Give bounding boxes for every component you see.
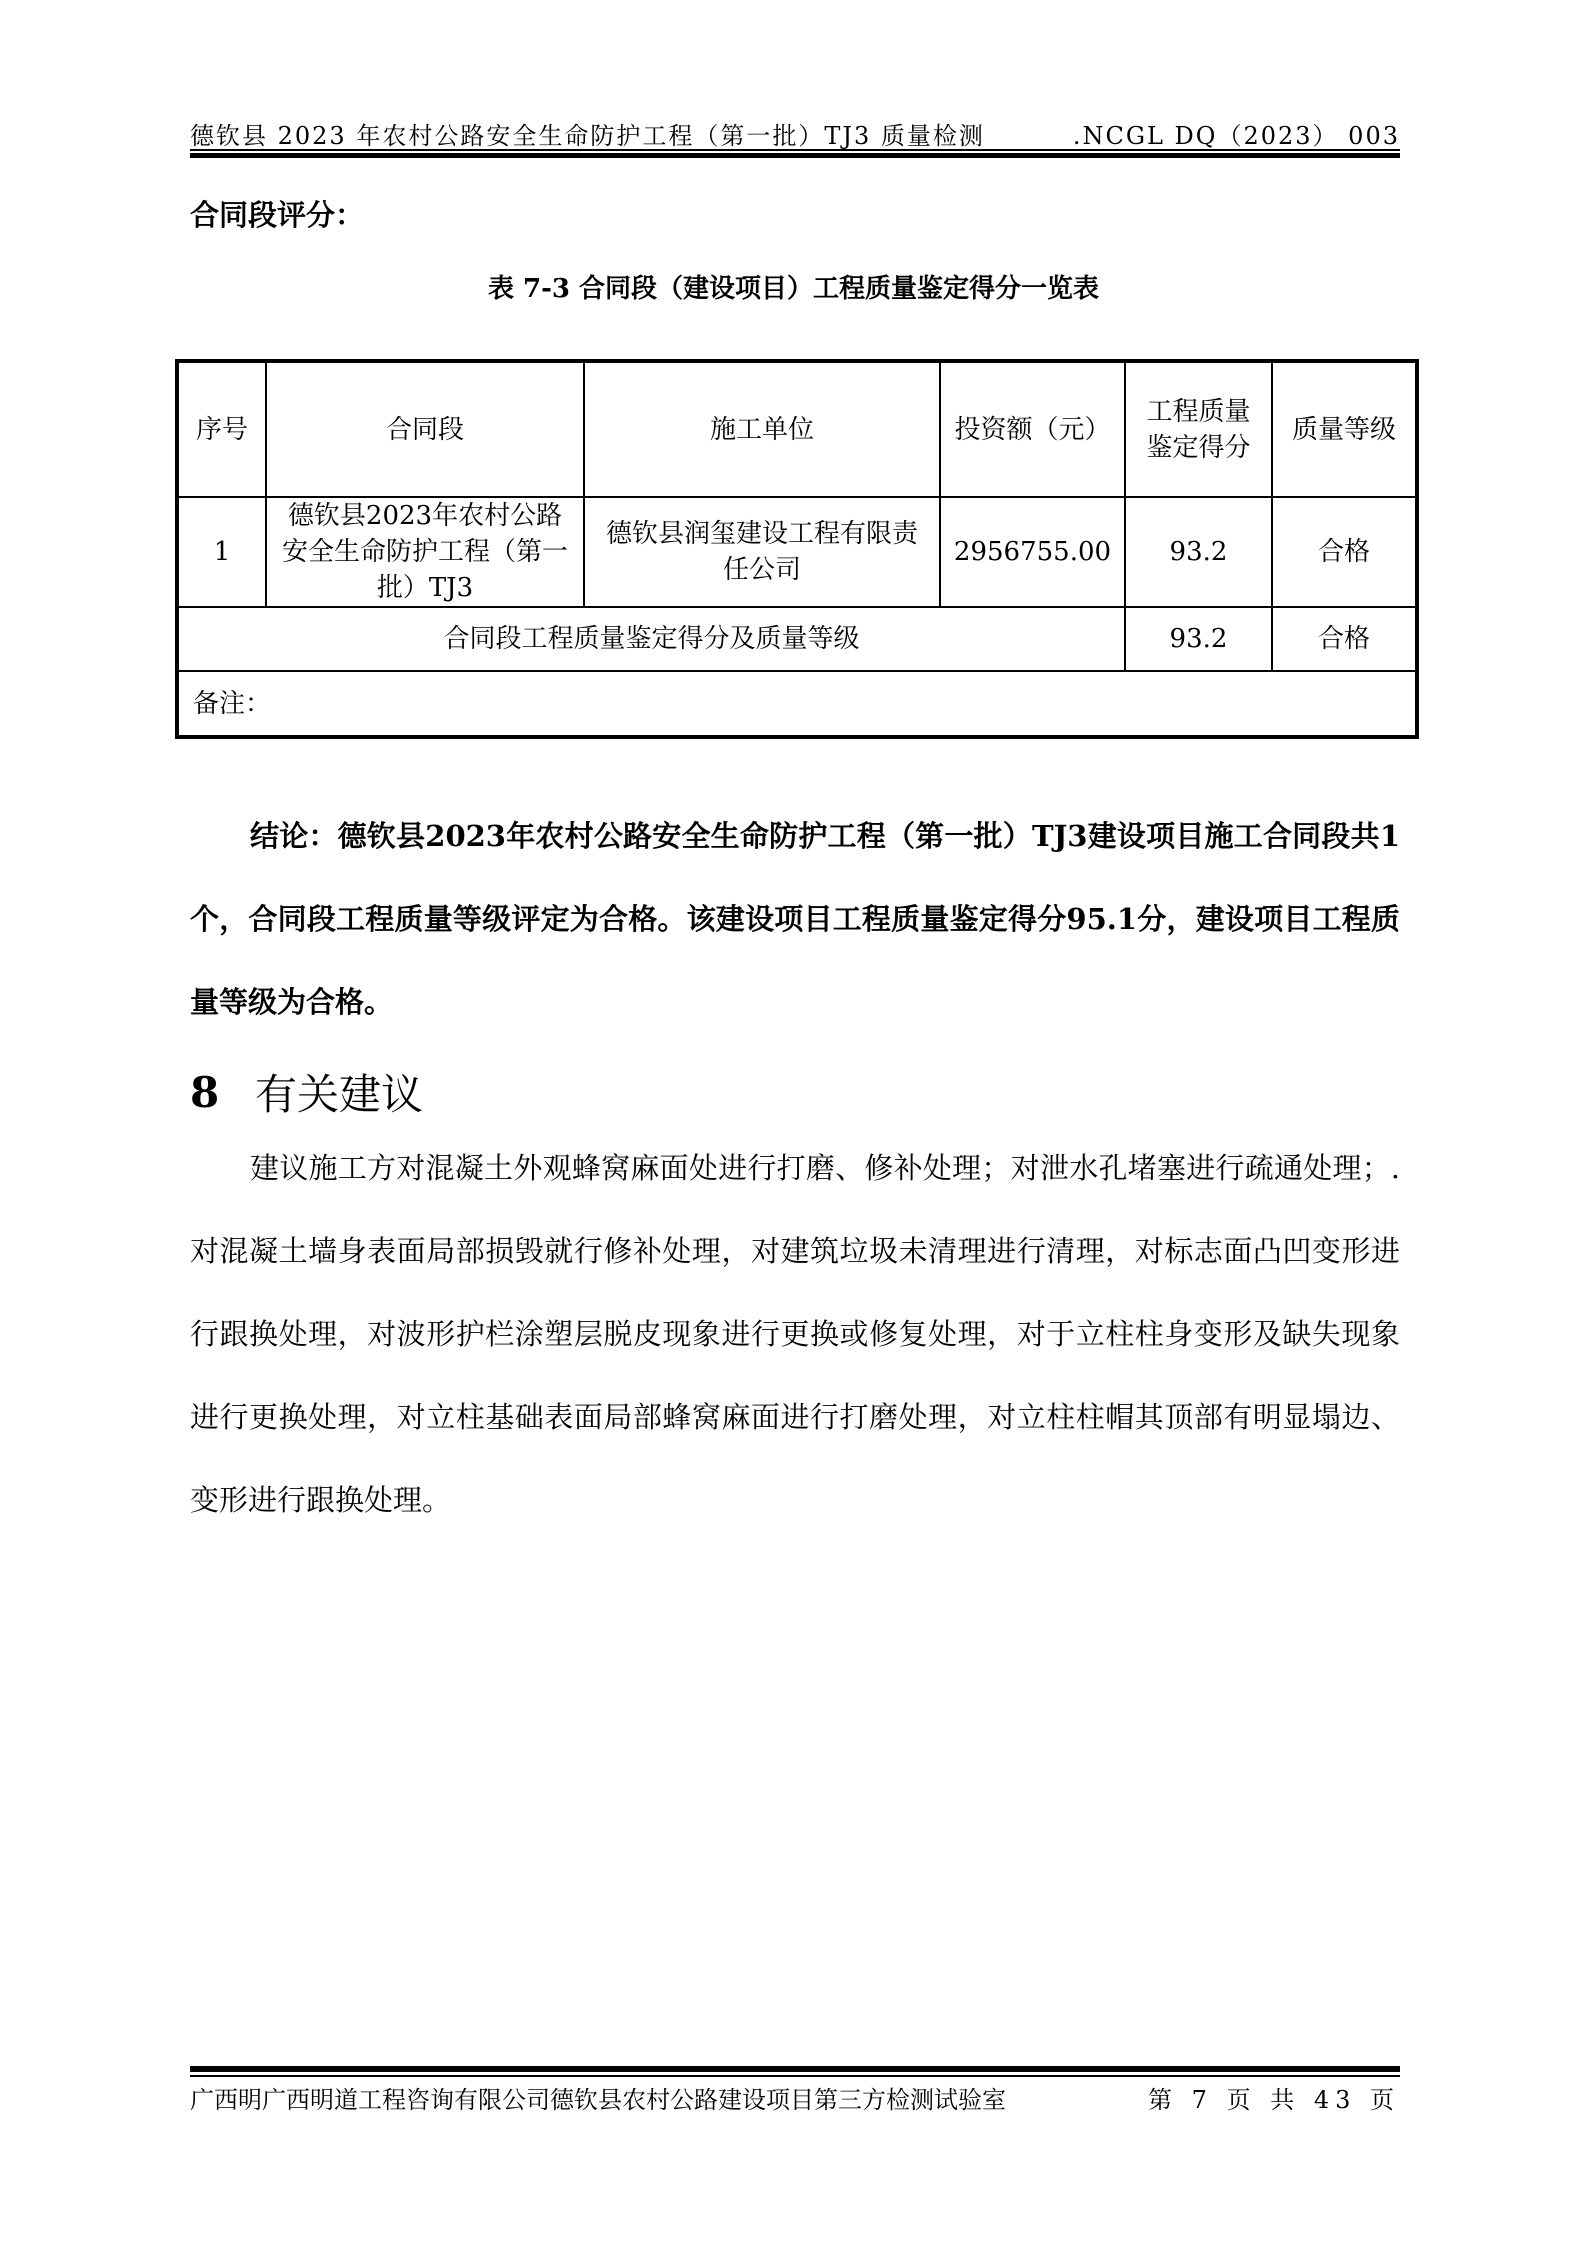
col-header-index: 序号 xyxy=(177,361,266,497)
col-header-score: 工程质量 鉴定得分 xyxy=(1125,361,1272,497)
header-rule-thin xyxy=(190,149,1400,151)
section-number: 8 xyxy=(190,1068,255,1117)
table-header-row: 序号 合同段 施工单位 投资额（元） 工程质量 鉴定得分 质量等级 xyxy=(177,361,1417,497)
section-label: 合同段评分： xyxy=(190,193,364,234)
table-note-row: 备注： xyxy=(177,671,1417,737)
table-caption: 表 7-3 合同段（建设项目）工程质量鉴定得分一览表 xyxy=(0,268,1587,305)
cell-grade: 合格 xyxy=(1272,497,1417,607)
header-title: 德钦县 2023 年农村公路安全生命防护工程（第一批）TJ3 质量检测 xyxy=(190,116,985,144)
note-label: 备注： xyxy=(177,671,1417,737)
header-rule-thick xyxy=(190,153,1400,158)
col-header-grade: 质量等级 xyxy=(1272,361,1417,497)
recommendations-paragraph: 建议施工方对混凝土外观蜂窝麻面处进行打磨、修补处理；对泄水孔堵塞进行疏通处理；.… xyxy=(190,1127,1400,1542)
col-header-score-line1: 工程质量 xyxy=(1132,394,1265,430)
total-grade: 合格 xyxy=(1272,607,1417,671)
score-table: 序号 合同段 施工单位 投资额（元） 工程质量 鉴定得分 质量等级 1 德钦县2… xyxy=(175,359,1419,739)
header-report-code: .NCGL DQ（2023） 003 xyxy=(1073,116,1400,144)
footer-rule-thin xyxy=(190,2075,1400,2077)
running-header: 德钦县 2023 年农村公路安全生命防护工程（第一批）TJ3 质量检测 .NCG… xyxy=(190,116,1400,144)
cell-investment: 2956755.00 xyxy=(940,497,1125,607)
footer-rule-thick xyxy=(190,2066,1400,2072)
cell-score: 93.2 xyxy=(1125,497,1272,607)
col-header-score-line2: 鉴定得分 xyxy=(1132,430,1265,466)
table-total-row: 合同段工程质量鉴定得分及质量等级 93.2 合格 xyxy=(177,607,1417,671)
total-score: 93.2 xyxy=(1125,607,1272,671)
col-header-segment: 合同段 xyxy=(266,361,584,497)
cell-index: 1 xyxy=(177,497,266,607)
section-title: 有关建议 xyxy=(255,1062,423,1122)
total-label: 合同段工程质量鉴定得分及质量等级 xyxy=(177,607,1125,671)
cell-contractor: 德钦县润玺建设工程有限责任公司 xyxy=(584,497,940,607)
footer-page-number: 第 7 页 共 43 页 xyxy=(1148,2080,1400,2110)
cell-segment: 德钦县2023年农村公路安全生命防护工程（第一批）TJ3 xyxy=(266,497,584,607)
col-header-contractor: 施工单位 xyxy=(584,361,940,497)
section-8-heading: 8 有关建议 xyxy=(190,1062,423,1122)
table-row: 1 德钦县2023年农村公路安全生命防护工程（第一批）TJ3 德钦县润玺建设工程… xyxy=(177,497,1417,607)
conclusion-paragraph: 结论：德钦县2023年农村公路安全生命防护工程（第一批）TJ3建设项目施工合同段… xyxy=(190,795,1400,1044)
col-header-investment: 投资额（元） xyxy=(940,361,1125,497)
page-footer: 广西明广西明道工程咨询有限公司德钦县农村公路建设项目第三方检测试验室 第 7 页… xyxy=(190,2080,1400,2110)
footer-organization: 广西明广西明道工程咨询有限公司德钦县农村公路建设项目第三方检测试验室 xyxy=(190,2080,1006,2110)
